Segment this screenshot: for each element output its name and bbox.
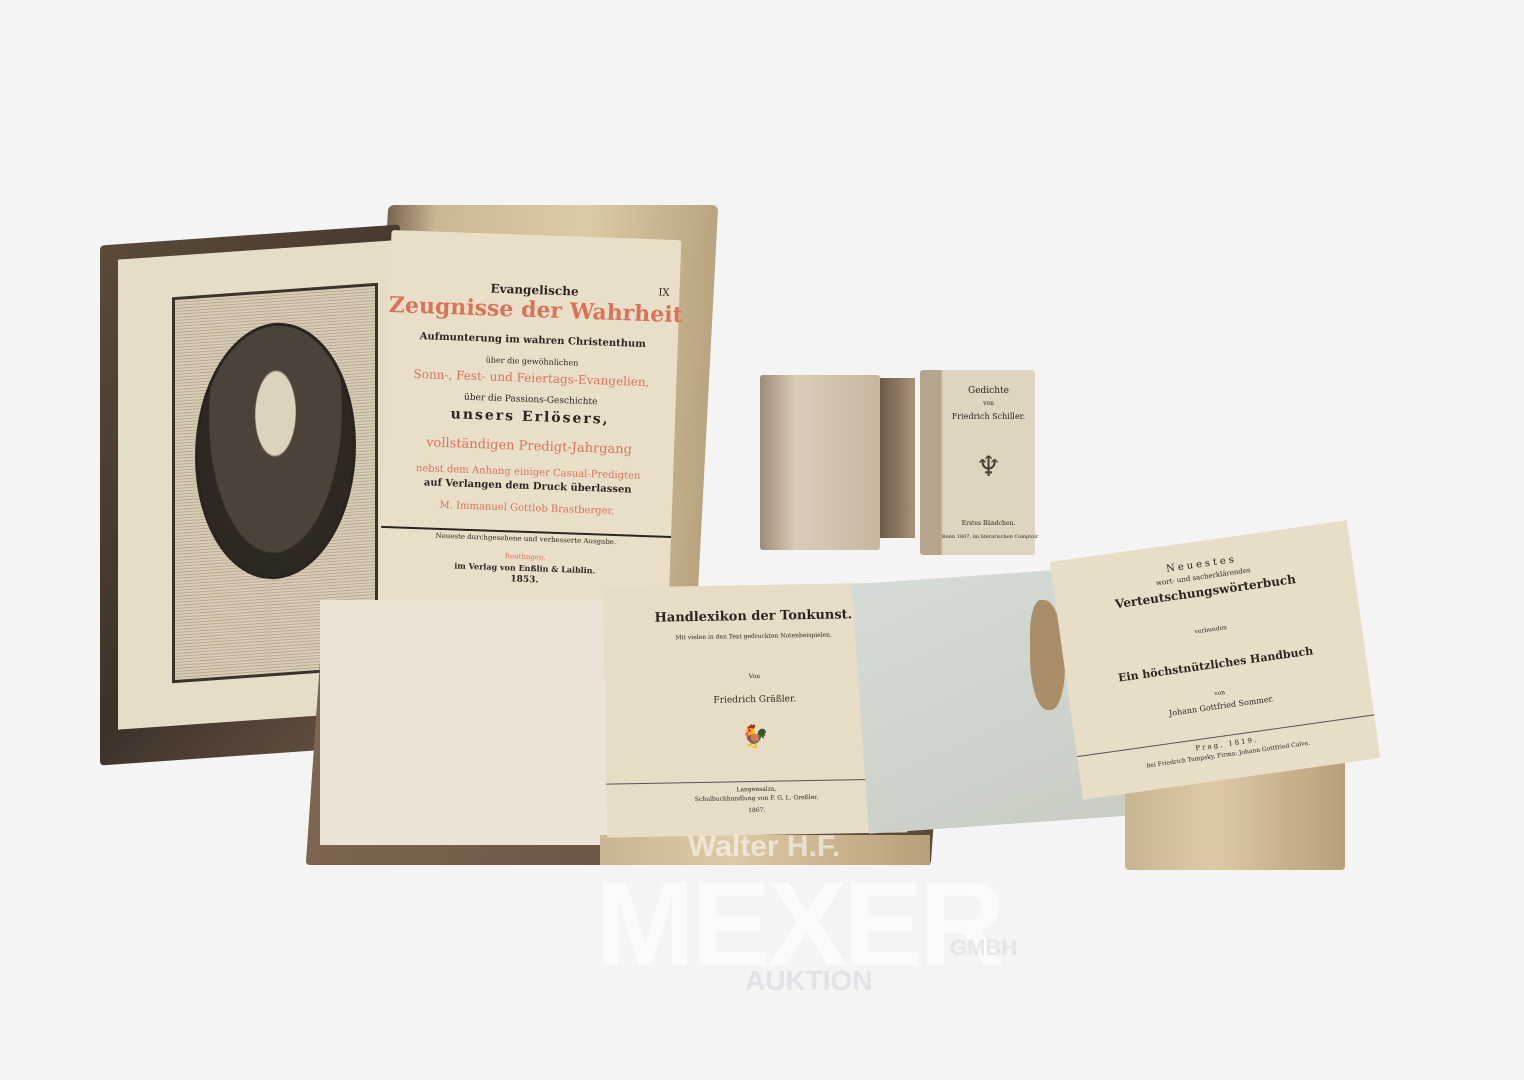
lyre-icon: ♆	[942, 450, 1035, 483]
zeugnisse-page-number: IX	[658, 287, 669, 298]
watermark-auktion: AUKTION	[745, 965, 873, 997]
edition-line: Neueste durchgesehene und verbesserte Au…	[381, 526, 671, 548]
schiller-author: Friedrich Schiller.	[942, 412, 1035, 421]
schiller-imprint: Bonn 1807, im literarischen Comptoir	[942, 534, 1035, 540]
handlexikon-left-page	[320, 600, 610, 845]
title-line: vollständigen Predigt-Jahrgang	[384, 434, 674, 459]
title-line: Aufmunterung im wahren Christenthum	[388, 330, 678, 351]
portrait-oval	[195, 317, 356, 584]
schiller-byline: von	[942, 400, 1035, 407]
small-book-left	[760, 375, 880, 550]
verteutschung-title-page: Neuestes wort- und sacherklärendes Verte…	[1050, 520, 1380, 799]
handlexikon-year: 1867.	[607, 804, 907, 816]
small-book-spine	[880, 378, 915, 538]
schiller-volume: Erstes Bändchen.	[942, 520, 1035, 527]
zeugnisse-title-page: Evangelische IX Zeugnisse der Wahrheit A…	[379, 230, 682, 610]
watermark-gmbh: GMBH	[950, 935, 1017, 961]
schiller-book: Gedichte von Friedrich Schiller. ♆ Erste…	[920, 370, 1035, 555]
author-line: M. Immanuel Gottlob Brastberger,	[382, 498, 672, 519]
schiller-title: Gedichte	[942, 386, 1035, 396]
